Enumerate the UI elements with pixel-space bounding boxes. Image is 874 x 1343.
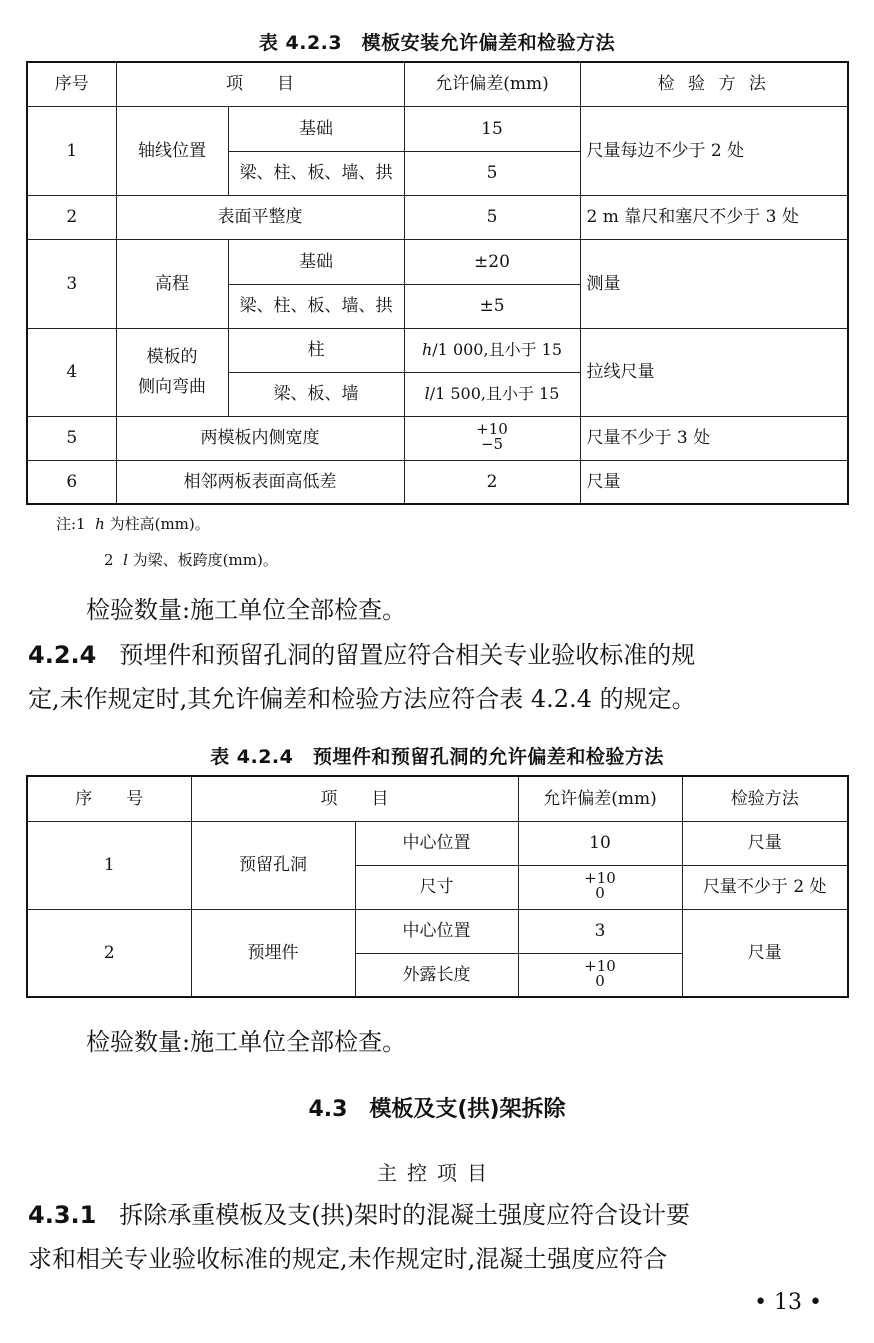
- tolerance-lower: 0: [584, 974, 616, 989]
- table-note-2: 2 l 为梁、板跨度(mm)。: [104, 549, 278, 570]
- cell-item: 预留孔洞: [191, 821, 355, 909]
- table-423-caption: 表 4.2.3 模板安装允许偏差和检验方法: [0, 28, 874, 55]
- cell-subitem: 梁、柱、板、墙、拱: [228, 284, 404, 328]
- table-header-row: 序 号 项 目 允许偏差(mm) 检验方法: [27, 776, 848, 821]
- table-row: 3 高程 基础 ±20 测量: [27, 239, 848, 284]
- header-method: 检 验 方 法: [580, 62, 848, 106]
- cell-subitem: 基础: [228, 106, 404, 151]
- cell-no: 3: [27, 239, 116, 328]
- tolerance-lower: 0: [584, 886, 616, 901]
- cell-item-line2: 侧向弯曲: [117, 372, 228, 402]
- header-tolerance: 允许偏差(mm): [404, 62, 580, 106]
- cell-item-line1: 模板的: [117, 342, 228, 372]
- table-row: 5 两模板内侧宽度 +10 −5 尺量不少于 3 处: [27, 416, 848, 460]
- cell-method: 尺量每边不少于 2 处: [580, 106, 848, 195]
- clause-431-line2: 求和相关专业验收标准的规定,未作规定时,混凝土强度应符合: [28, 1237, 667, 1281]
- cell-subitem: 尺寸: [355, 865, 518, 909]
- tolerance-var: h: [422, 340, 432, 359]
- table-row: 2 预埋件 中心位置 3 尺量: [27, 909, 848, 953]
- clause-424-line2: 定,未作规定时,其允许偏差和检验方法应符合表 4.2.4 的规定。: [28, 677, 696, 721]
- header-method: 检验方法: [682, 776, 848, 821]
- cell-method: 2 m 靠尺和塞尺不少于 3 处: [580, 195, 848, 239]
- cell-subitem: 梁、柱、板、墙、拱: [228, 151, 404, 195]
- cell-tolerance: l/1 500,且小于 15: [404, 372, 580, 416]
- table-row: 1 预留孔洞 中心位置 10 尺量: [27, 821, 848, 865]
- inspection-quantity-text-2: 检验数量:施工单位全部检查。: [86, 1020, 406, 1064]
- cell-item: 高程: [116, 239, 228, 328]
- table-row: 2 表面平整度 5 2 m 靠尺和塞尺不少于 3 处: [27, 195, 848, 239]
- cell-subitem: 梁、板、墙: [228, 372, 404, 416]
- clause-424-line1: 4.2.4 预埋件和预留孔洞的留置应符合相关专业验收标准的规: [28, 633, 695, 677]
- table-423: 序号 项 目 允许偏差(mm) 检 验 方 法 1 轴线位置 基础 15 尺量每…: [26, 61, 849, 505]
- cell-method: 测量: [580, 239, 848, 328]
- cell-no: 5: [27, 416, 116, 460]
- cell-tolerance: ±20: [404, 239, 580, 284]
- cell-tolerance: 15: [404, 106, 580, 151]
- header-tolerance: 允许偏差(mm): [518, 776, 682, 821]
- cell-no: 1: [27, 821, 191, 909]
- header-no: 序号: [27, 62, 116, 106]
- table-row: 4 模板的 侧向弯曲 柱 h/1 000,且小于 15 拉线尺量: [27, 328, 848, 372]
- cell-tolerance: h/1 000,且小于 15: [404, 328, 580, 372]
- cell-item: 模板的 侧向弯曲: [116, 328, 228, 416]
- header-item: 项 目: [191, 776, 518, 821]
- cell-method: 尺量: [682, 821, 848, 865]
- cell-item: 预埋件: [191, 909, 355, 997]
- table-row: 1 轴线位置 基础 15 尺量每边不少于 2 处: [27, 106, 848, 151]
- cell-no: 2: [27, 909, 191, 997]
- cell-method: 尺量: [682, 909, 848, 997]
- cell-item: 相邻两板表面高低差: [116, 460, 404, 504]
- table-header-row: 序号 项 目 允许偏差(mm) 检 验 方 法: [27, 62, 848, 106]
- cell-tolerance: +10 0: [518, 953, 682, 997]
- cell-tolerance: ±5: [404, 284, 580, 328]
- tolerance-lower: −5: [476, 437, 508, 452]
- clause-431-line1: 4.3.1 拆除承重模板及支(拱)架时的混凝土强度应符合设计要: [28, 1193, 690, 1237]
- tolerance-value: /1 500,且小于 15: [430, 384, 560, 403]
- cell-no: 6: [27, 460, 116, 504]
- table-424-caption: 表 4.2.4 预埋件和预留孔洞的允许偏差和检验方法: [0, 742, 874, 769]
- cell-no: 2: [27, 195, 116, 239]
- cell-method: 尺量: [580, 460, 848, 504]
- cell-tolerance: +10 −5: [404, 416, 580, 460]
- cell-subitem: 中心位置: [355, 821, 518, 865]
- cell-method: 尺量不少于 2 处: [682, 865, 848, 909]
- cell-no: 1: [27, 106, 116, 195]
- cell-item: 两模板内侧宽度: [116, 416, 404, 460]
- cell-tolerance: 5: [404, 195, 580, 239]
- clause-number: 4.3.1: [28, 1201, 96, 1229]
- inspection-quantity-text: 检验数量:施工单位全部检查。: [86, 588, 406, 632]
- page-number: • 13 •: [754, 1290, 822, 1315]
- table-note-1: 注:1 h 为柱高(mm)。: [56, 513, 210, 534]
- cell-tolerance: 10: [518, 821, 682, 865]
- cell-method: 拉线尺量: [580, 328, 848, 416]
- cell-subitem: 中心位置: [355, 909, 518, 953]
- cell-subitem: 柱: [228, 328, 404, 372]
- cell-method: 尺量不少于 3 处: [580, 416, 848, 460]
- cell-subitem: 外露长度: [355, 953, 518, 997]
- cell-tolerance: 2: [404, 460, 580, 504]
- tolerance-value: /1 000,且小于 15: [432, 340, 562, 359]
- table-424: 序 号 项 目 允许偏差(mm) 检验方法 1 预留孔洞 中心位置 10 尺量 …: [26, 775, 849, 998]
- section-subheading: 主控项目: [0, 1157, 874, 1186]
- header-no: 序 号: [27, 776, 191, 821]
- clause-number: 4.2.4: [28, 641, 96, 669]
- section-title: 4.3 模板及支(拱)架拆除: [0, 1092, 874, 1123]
- header-item: 项 目: [116, 62, 404, 106]
- cell-item: 轴线位置: [116, 106, 228, 195]
- cell-item: 表面平整度: [116, 195, 404, 239]
- table-row: 6 相邻两板表面高低差 2 尺量: [27, 460, 848, 504]
- cell-tolerance: 5: [404, 151, 580, 195]
- cell-tolerance: 3: [518, 909, 682, 953]
- cell-tolerance: +10 0: [518, 865, 682, 909]
- cell-no: 4: [27, 328, 116, 416]
- cell-subitem: 基础: [228, 239, 404, 284]
